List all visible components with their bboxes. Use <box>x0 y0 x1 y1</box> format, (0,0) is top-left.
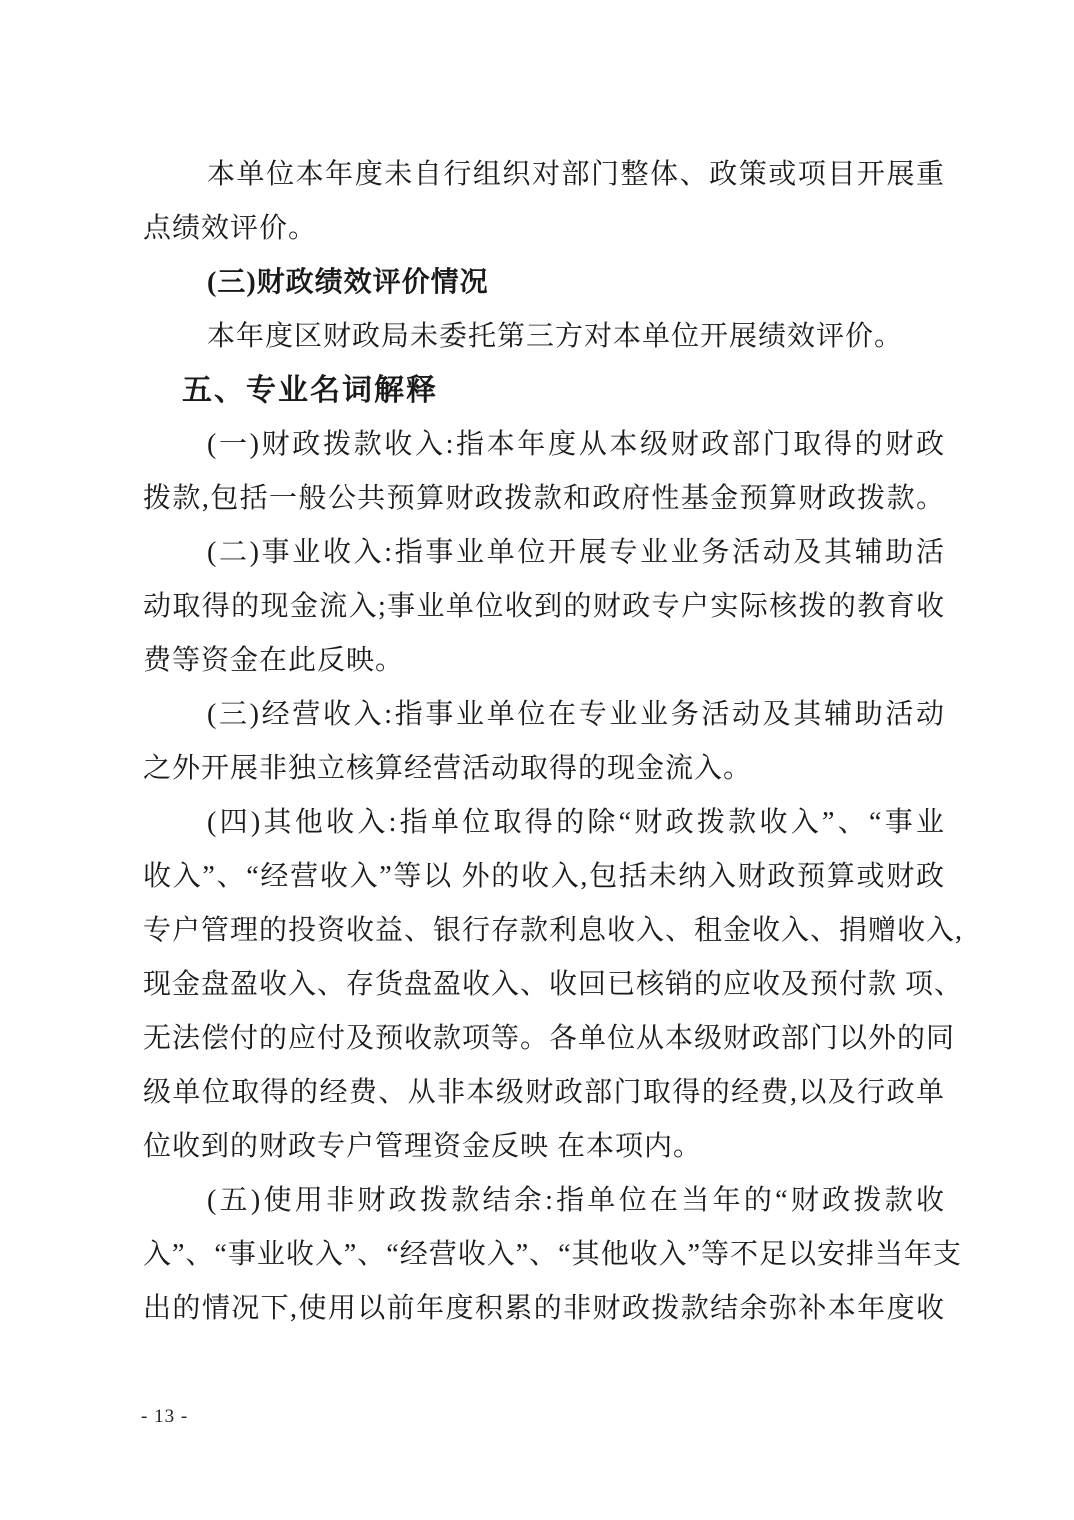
text-line: 收入”、“经营收入”等以 外的收入,包括未纳入财政预算或财政 <box>143 850 945 904</box>
text-line: 动取得的现金流入;事业单位收到的财政专户实际核拨的教育收 <box>143 580 945 634</box>
text-line: 现金盘盈收入、存货盘盈收入、收回已核销的应收及预付款 项、 <box>143 958 945 1012</box>
text-line: 本年度区财政局未委托第三方对本单位开展绩效评价。 <box>143 310 945 364</box>
text-line: (二)事业收入:指事业单位开展专业业务活动及其辅助活 <box>143 526 945 580</box>
text-line: 专户管理的投资收益、银行存款利息收入、租金收入、捐赠收入, <box>143 904 945 958</box>
text-line: 点绩效评价。 <box>143 202 945 256</box>
text-line: (四)其他收入:指单位取得的除“财政拨款收入”、“事业 <box>143 796 945 850</box>
subsection-heading: (三)财政绩效评价情况 <box>143 256 945 310</box>
section-heading: 五、专业名词解释 <box>143 364 945 418</box>
text-line: 出的情况下,使用以前年度积累的非财政拨款结余弥补本年度收 <box>143 1282 945 1336</box>
text-line: (一)财政拨款收入:指本年度从本级财政部门取得的财政 <box>143 418 945 472</box>
text-line: 之外开展非独立核算经营活动取得的现金流入。 <box>143 742 945 796</box>
text-line: (五)使用非财政拨款结余:指单位在当年的“财政拨款收 <box>143 1174 945 1228</box>
page-number: - 13 - <box>141 1406 188 1428</box>
text-line: (三)经营收入:指事业单位在专业业务活动及其辅助活动 <box>143 688 945 742</box>
document-page: 本单位本年度未自行组织对部门整体、政策或项目开展重点绩效评价。(三)财政绩效评价… <box>0 0 1074 1520</box>
text-line: 入”、“事业收入”、“经营收入”、“其他收入”等不足以安排当年支 <box>143 1228 945 1282</box>
text-line: 级单位取得的经费、从非本级财政部门取得的经费,以及行政单 <box>143 1066 945 1120</box>
text-line: 费等资金在此反映。 <box>143 634 945 688</box>
document-body: 本单位本年度未自行组织对部门整体、政策或项目开展重点绩效评价。(三)财政绩效评价… <box>143 148 945 1336</box>
text-line: 拨款,包括一般公共预算财政拨款和政府性基金预算财政拨款。 <box>143 472 945 526</box>
text-line: 本单位本年度未自行组织对部门整体、政策或项目开展重 <box>143 148 945 202</box>
text-line: 位收到的财政专户管理资金反映 在本项内。 <box>143 1120 945 1174</box>
text-line: 无法偿付的应付及预收款项等。各单位从本级财政部门以外的同 <box>143 1012 945 1066</box>
